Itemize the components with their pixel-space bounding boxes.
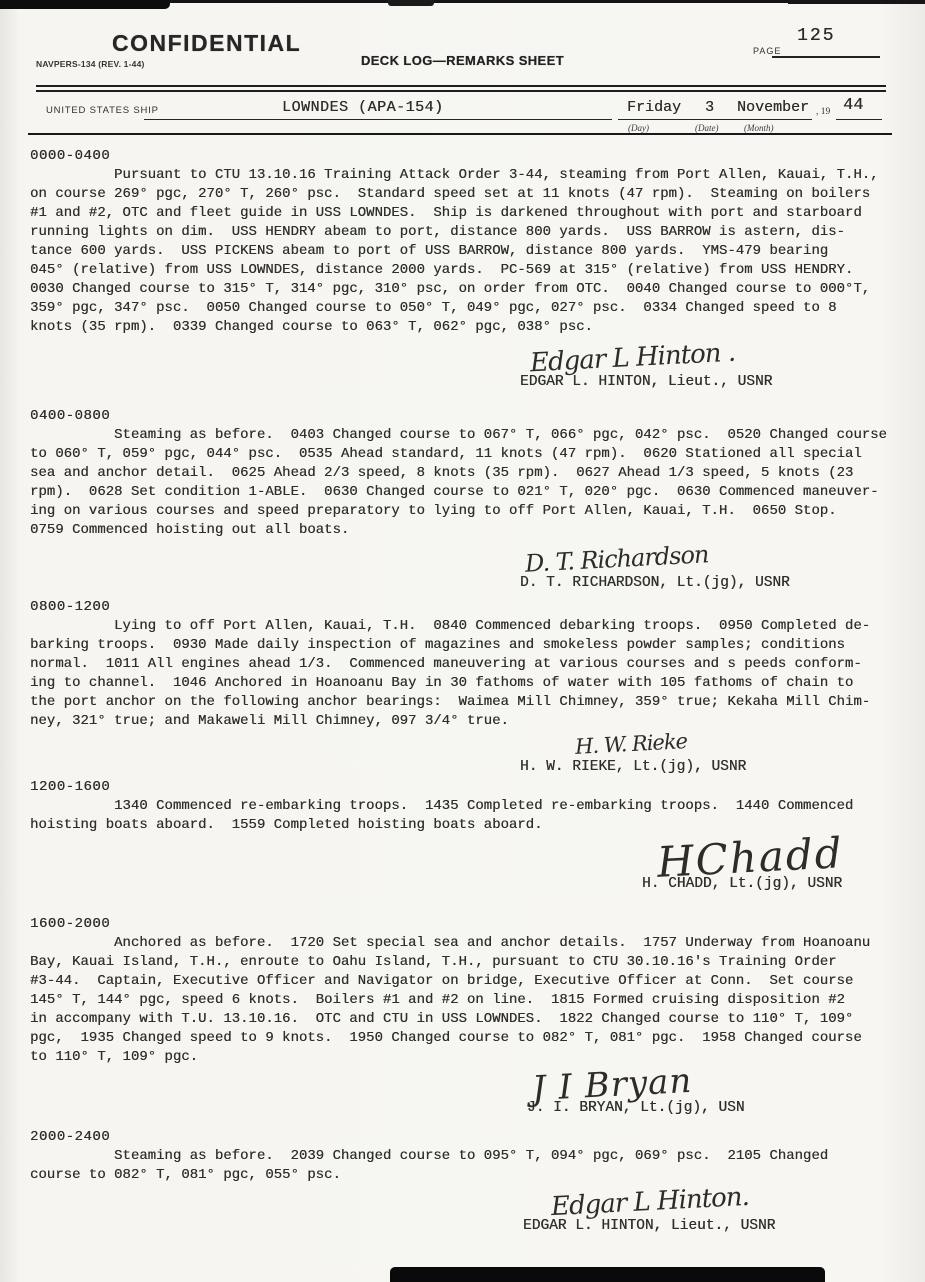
watch-period-heading: 0800-1200 bbox=[30, 598, 910, 617]
ship-name: LOWNDES (APA-154) bbox=[282, 99, 444, 116]
log-entry-text: 1340 Commenced re-embarking troops. 1435… bbox=[30, 797, 910, 835]
log-entry-1200-1600: 1200-1600 1340 Commenced re-embarking tr… bbox=[30, 778, 910, 907]
date-caption: (Date) bbox=[695, 123, 719, 133]
watch-period-heading: 2000-2400 bbox=[30, 1128, 910, 1147]
log-entry-0800-1200: 0800-1200 Lying to off Port Allen, Kauai… bbox=[30, 598, 910, 777]
signature-script: HChadd bbox=[656, 830, 845, 886]
scan-artifact-top-right bbox=[788, 0, 925, 4]
header-bottom-rule bbox=[28, 133, 892, 135]
sheet-title: DECK LOG—REMARKS SHEET bbox=[0, 53, 925, 68]
day-caption: (Day) bbox=[628, 123, 649, 133]
signature-block: J I Bryan J. I. BRYAN, Lt.(jg), USN bbox=[527, 1067, 910, 1125]
log-entry-text: Pursuant to CTU 13.10.16 Training Attack… bbox=[30, 166, 910, 337]
scan-artifact-top-mid bbox=[388, 0, 434, 6]
watch-period-heading: 0000-0400 bbox=[30, 147, 910, 166]
ship-label: UNITED STATES SHIP bbox=[46, 105, 159, 116]
signature-block: D. T. Richardson D. T. RICHARDSON, Lt.(j… bbox=[520, 546, 910, 598]
watch-period-heading: 1200-1600 bbox=[30, 778, 910, 797]
log-entry-0000-0400: 0000-0400 Pursuant to CTU 13.10.16 Train… bbox=[30, 147, 910, 397]
signature-script: D. T. Richardson bbox=[524, 541, 709, 577]
deck-log-page: CONFIDENTIAL PAGE 125 NAVPERS-134 (REV. … bbox=[0, 0, 925, 1282]
year-underline bbox=[836, 119, 882, 120]
watch-period-heading: 0400-0800 bbox=[30, 407, 910, 426]
remarks-body: 0000-0400 Pursuant to CTU 13.10.16 Train… bbox=[30, 143, 910, 1237]
year-value: 44 bbox=[843, 96, 863, 115]
page-number: 125 bbox=[797, 26, 835, 46]
signature-block: Edgar L Hinton . EDGAR L. HINTON, Lieut.… bbox=[520, 345, 910, 397]
signature-typed: H. W. RIEKE, Lt.(jg), USNR bbox=[520, 758, 910, 776]
signature-block: Edgar L Hinton. EDGAR L. HINTON, Lieut.,… bbox=[523, 1189, 910, 1237]
log-entry-2000-2400: 2000-2400 Steaming as before. 2039 Chang… bbox=[30, 1128, 910, 1237]
signature-typed: D. T. RICHARDSON, Lt.(jg), USNR bbox=[520, 574, 910, 592]
month-caption: (Month) bbox=[744, 123, 774, 133]
date-value: 3 bbox=[705, 99, 714, 116]
log-entry-text: Lying to off Port Allen, Kauai, T.H. 084… bbox=[30, 617, 910, 731]
date-underline bbox=[618, 119, 812, 120]
signature-script: Edgar L Hinton. bbox=[550, 1184, 749, 1220]
signature-script: Edgar L Hinton . bbox=[529, 340, 735, 377]
log-entry-1600-2000: 1600-2000 Anchored as before. 1720 Set s… bbox=[30, 915, 910, 1125]
scan-artifact-bottom-bar bbox=[390, 1267, 825, 1282]
header-double-rule bbox=[36, 85, 886, 92]
signature-block: HChadd H. CHADD, Lt.(jg), USNR bbox=[642, 835, 910, 907]
signature-block: H. W. Rieke H. W. RIEKE, Lt.(jg), USNR bbox=[520, 731, 910, 777]
month-value: November bbox=[737, 99, 809, 116]
ship-name-underline bbox=[144, 119, 612, 120]
log-entry-text: Anchored as before. 1720 Set special sea… bbox=[30, 934, 910, 1067]
year-prefix: , 19 bbox=[816, 107, 830, 117]
watch-period-heading: 1600-2000 bbox=[30, 915, 910, 934]
log-entry-0400-0800: 0400-0800 Steaming as before. 0403 Chang… bbox=[30, 407, 910, 598]
scan-artifact-top-left bbox=[0, 0, 170, 9]
log-entry-text: Steaming as before. 2039 Changed course … bbox=[30, 1147, 910, 1185]
signature-script: H. W. Rieke bbox=[574, 728, 687, 760]
day-value: Friday bbox=[627, 99, 681, 116]
signature-script: J I Bryan bbox=[531, 1063, 693, 1107]
log-entry-text: Steaming as before. 0403 Changed course … bbox=[30, 426, 910, 540]
